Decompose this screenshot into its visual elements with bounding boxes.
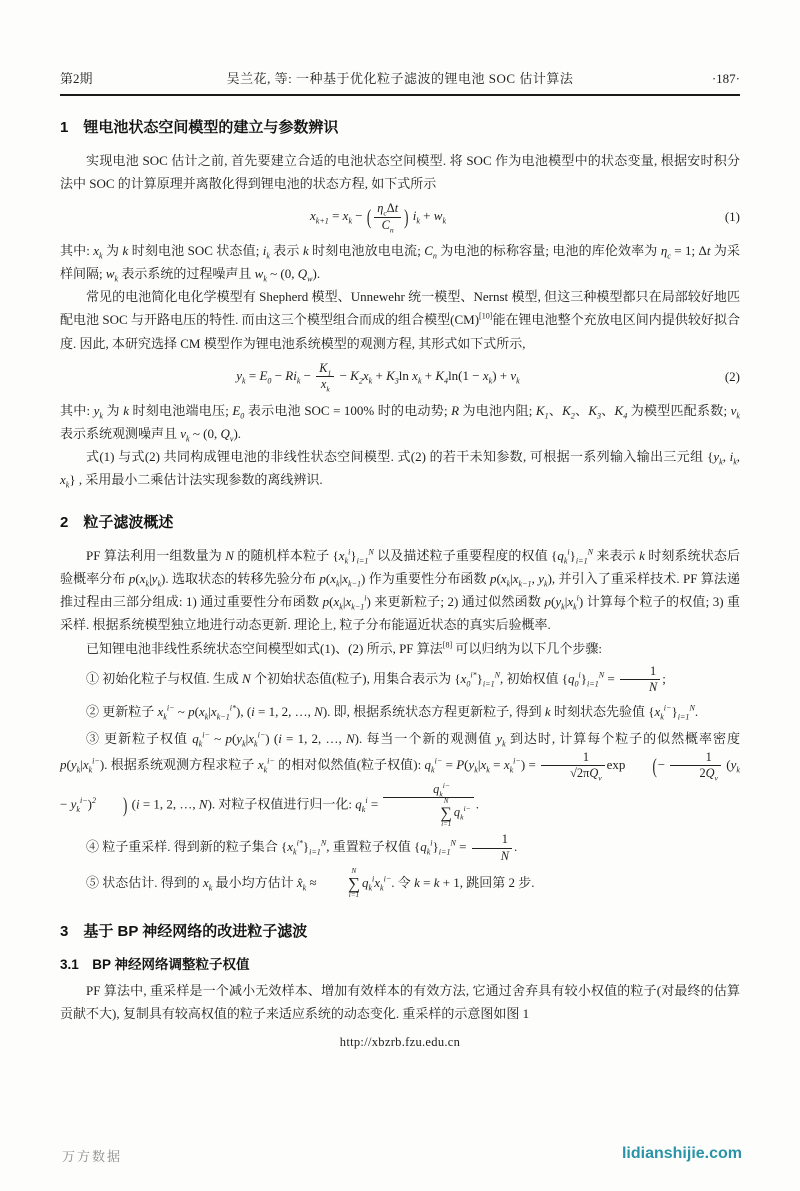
section-1-paragraph-1: 实现电池 SOC 估计之前, 首先要建立合适的电池状态空间模型. 将 SOC 作… xyxy=(60,149,740,195)
page-header: 第2期 吴兰花, 等: 一种基于优化粒子滤波的锂电池 SOC 估计算法 ·187… xyxy=(60,68,740,96)
equation-2-body: yk = E0 − Rik − K1xk − K2xk + K3ln xk + … xyxy=(60,361,696,393)
document-page: 第2期 吴兰花, 等: 一种基于优化粒子滤波的锂电池 SOC 估计算法 ·187… xyxy=(0,0,800,1191)
section-2-paragraph-1: PF 算法利用一组数量为 N 的随机样本粒子 {xki}i=1N 以及描述粒子重… xyxy=(60,544,740,637)
section-1-paragraph-2: 其中: xk 为 k 时刻电池 SOC 状态值; ik 表示 k 时刻电池放电电… xyxy=(60,239,740,285)
section-1-paragraph-3: 常见的电池简化电化学模型有 Shepherd 模型、Unnewehr 统一模型、… xyxy=(60,285,740,354)
section-2-heading: 2 粒子滤波概述 xyxy=(60,511,740,532)
pf-step-1: ① 初始化粒子与权值. 生成 N 个初始状态值(粒子), 用集合表示为 {x0i… xyxy=(60,664,740,696)
section-2-paragraph-2: 已知锂电池非线性系统状态空间模型如式(1)、(2) 所示, PF 算法[8] 可… xyxy=(60,637,740,660)
pf-step-5: ⑤ 状态估计. 得到的 xk 最小均方估计 x̂k ≈ N∑i=1qkixki−… xyxy=(60,868,740,900)
page-content: 1 锂电池状态空间模型的建立与参数辨识 实现电池 SOC 估计之前, 首先要建立… xyxy=(60,116,740,1050)
section-3-1-heading: 3.1 BP 神经网络调整粒子权值 xyxy=(60,953,740,973)
section-1-heading: 1 锂电池状态空间模型的建立与参数辨识 xyxy=(60,116,740,137)
section-3-paragraph-1: PF 算法中, 重采样是一个减小无效样本、增加有效样本的有效方法, 它通过舍弃具… xyxy=(60,979,740,1025)
equation-1-number: (1) xyxy=(696,207,740,227)
section-1-paragraph-4: 其中: yk 为 k 时刻电池端电压; E0 表示电池 SOC = 100% 时… xyxy=(60,399,740,445)
journal-url: http://xbzrb.fzu.edu.cn xyxy=(60,1035,740,1050)
section-3-heading: 3 基于 BP 神经网络的改进粒子滤波 xyxy=(60,920,740,941)
equation-2-number: (2) xyxy=(696,367,740,387)
running-title: 吴兰花, 等: 一种基于优化粒子滤波的锂电池 SOC 估计算法 xyxy=(180,68,620,87)
pf-step-2: ② 更新粒子 xki− ~ p(xk|xk−1i*), (i = 1, 2, …… xyxy=(60,700,740,723)
wanfang-watermark: 万方数据 xyxy=(62,1146,122,1165)
page-number: ·187· xyxy=(620,71,740,87)
journal-issue: 第2期 xyxy=(60,68,180,87)
section-1-paragraph-5: 式(1) 与式(2) 共同构成锂电池的非线性状态空间模型. 式(2) 的若干未知… xyxy=(60,445,740,491)
equation-2: yk = E0 − Rik − K1xk − K2xk + K3ln xk + … xyxy=(60,361,740,393)
site-watermark: lidianshijie.com xyxy=(622,1145,742,1163)
equation-1: xk+1 = xk − (ηcΔtCn) ik + wk (1) xyxy=(60,201,740,233)
pf-step-4: ④ 粒子重采样. 得到新的粒子集合 {xki*}i=1N, 重置粒子权值 {qk… xyxy=(60,832,740,864)
pf-step-3: ③ 更新粒子权值 qki− ~ p(yk|xki−) (i = 1, 2, …,… xyxy=(60,727,740,829)
equation-1-body: xk+1 = xk − (ηcΔtCn) ik + wk xyxy=(60,201,696,233)
